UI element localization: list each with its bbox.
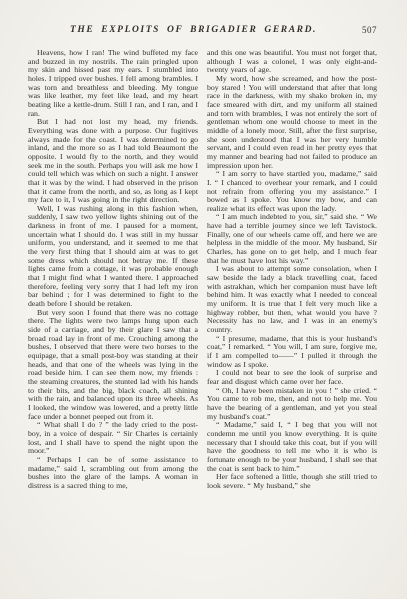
text-body: Heavens, how I ran! The wind buffeted my… xyxy=(28,49,377,490)
paragraph: But I had not lost my head, my friends. … xyxy=(28,118,198,205)
paragraph: “ Madame,” said I, “ I beg that you will… xyxy=(207,421,377,473)
paragraph: I could not bear to see the look of surp… xyxy=(207,369,377,386)
book-page: THE EXPLOITS OF BRIGADIER GERARD. 507 He… xyxy=(0,0,407,599)
paragraph: and this one was beautiful. You must not… xyxy=(207,49,377,75)
paragraph: “ I am much indebted to you, sir,” said … xyxy=(207,213,377,265)
paragraph: Well, I was rushing along in this fashio… xyxy=(28,205,198,309)
paragraph: Heavens, how I ran! The wind buffeted my… xyxy=(28,49,198,118)
text-column-right: and this one was beautiful. You must not… xyxy=(207,49,377,490)
text-column-left: Heavens, how I ran! The wind buffeted my… xyxy=(28,49,198,490)
paragraph: Her face softened a little, though she s… xyxy=(207,473,377,490)
paragraph: “ What shall I do ? ” the lady cried to … xyxy=(28,421,198,456)
paragraph: But very soon I found that there was no … xyxy=(28,309,198,422)
paragraph: My word, how she screamed, and how the p… xyxy=(207,75,377,170)
paragraph: “ I am sorry to have startled you, madam… xyxy=(207,170,377,213)
page-number: 507 xyxy=(362,25,377,35)
paragraph: “ Perhaps I can be of some assistance to… xyxy=(28,456,198,491)
paragraph: “ Oh, I have been mistaken in you ! ” sh… xyxy=(207,387,377,422)
paragraph: “ I presume, madame, that this is your h… xyxy=(207,335,377,370)
paragraph: I was about to attempt some consolation,… xyxy=(207,265,377,334)
running-header: THE EXPLOITS OF BRIGADIER GERARD. 507 xyxy=(28,25,377,41)
page-title: THE EXPLOITS OF BRIGADIER GERARD. xyxy=(28,25,359,35)
